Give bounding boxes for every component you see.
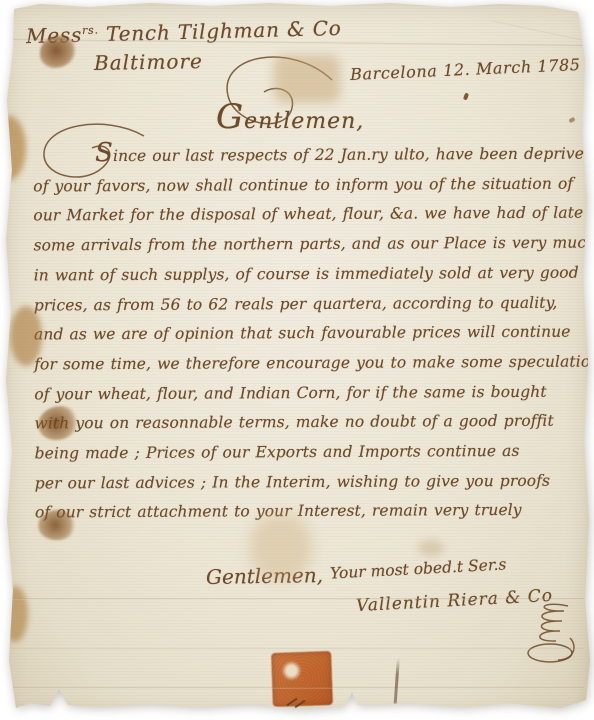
addressee-prefix-superscript: rs. [82, 24, 99, 37]
letter-line: and as we are of opinion that such favou… [34, 318, 582, 351]
closing-salutation: Gentlemen, [206, 563, 323, 589]
diagonal-crease-top-right [493, 21, 581, 42]
letter-body: Since our last respects of 22 Jan.ry ult… [33, 137, 583, 529]
letter-line: some arrivals from the northern parts, a… [33, 229, 581, 262]
letter-line: per our last advices ; In the Interim, w… [35, 466, 583, 499]
letter-line: in want of such supplys, of course is im… [34, 258, 582, 291]
fold-crease-lower-2 [10, 648, 584, 650]
tan-stain-top-center [274, 55, 340, 103]
tear-crease-bottom [393, 658, 400, 712]
salutation: Gentlemen, [216, 97, 364, 137]
letter-line: of your favors, now shall continue to in… [33, 169, 581, 202]
addressee-name: Tench Tilghman & Co [106, 16, 342, 46]
letter-line: with you on reasonnable terms, make no d… [34, 407, 582, 440]
photograph-background: Messrs. Tench Tilghman & Co Baltimore Ba… [0, 0, 594, 720]
letter-line: being made ; Prices of our Exports and I… [35, 437, 583, 470]
stain-left-edge-lower [2, 586, 28, 642]
letter-line: for some time, we therefore encourage yo… [34, 347, 582, 380]
letter-line: Since our last respects of 22 Jan.ry ult… [33, 137, 581, 173]
letter-line: our Market for the disposal of wheat, fl… [33, 199, 581, 232]
stain-left-edge-upper [0, 116, 26, 180]
ink-tick [568, 117, 575, 123]
letter-paper-shadow: Messrs. Tench Tilghman & Co Baltimore Ba… [0, 0, 594, 720]
wax-seal-remnant [271, 651, 333, 707]
signature-paraph-flourish [522, 598, 580, 664]
addressee-prefix: Mess [26, 23, 83, 48]
faint-spot [418, 540, 444, 556]
letter-line: prices, as from 56 to 62 reals per quart… [34, 288, 582, 321]
addressee-city: Baltimore [94, 49, 203, 75]
dateline: Barcelona 12. March 1785 [350, 55, 581, 84]
addressee-line: Messrs. Tench Tilghman & Co [26, 16, 342, 48]
ink-dot [463, 93, 469, 101]
letter-line: of our strict attachment to your Interes… [35, 496, 583, 529]
letter-line: of your wheat, flour, and Indian Corn, f… [34, 377, 582, 410]
closing-phrase: Your most obed.t Ser.s [330, 555, 507, 582]
signature: Vallentin Riera & Co [356, 586, 554, 616]
letter-paper: Messrs. Tench Tilghman & Co Baltimore Ba… [0, 0, 594, 720]
